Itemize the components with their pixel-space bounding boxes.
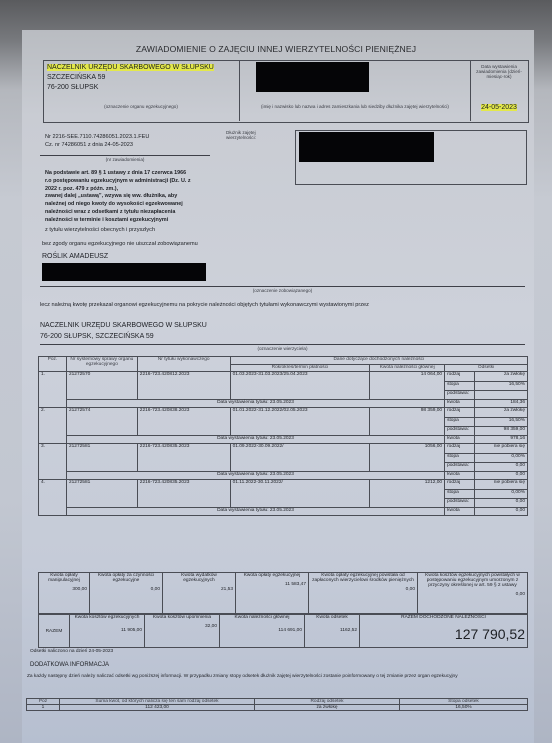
claim-row: 2.21272574 2216-723.420838.202301.01.202… xyxy=(39,408,528,418)
date-value: 24-05-2023 xyxy=(481,104,517,111)
legal-text-line: zwanej dalej „ustawą”, wzywa się ww. dłu… xyxy=(45,193,191,201)
ref-cz-number: Cz. nr 74286051 z dnia 24-05-2023 xyxy=(45,141,149,149)
col-system-no: Nr systemowy sprawy organu egzekucyjnego xyxy=(66,357,137,372)
col-principal: Kwota należności głównej xyxy=(370,365,445,372)
total-interest: Kwota odsetek1162,52 xyxy=(305,615,360,648)
redacted-debtor-address xyxy=(299,132,434,162)
without-consent: bez zgody organu egzekucyjnego nie uiszc… xyxy=(42,241,198,247)
legal-text-line: r.o postępowaniu egzekucyjnym w administ… xyxy=(45,178,191,186)
date-label: Data wystawienia zawiadomienia (dzień-mi… xyxy=(474,64,524,79)
creditor-block: NACZELNIK URZĘDU SKARBOWEGO W SŁUPSKU 76… xyxy=(40,320,207,342)
additional-table: PozSuma kwot, od których nalicza się ten… xyxy=(26,698,528,711)
legal-text: Na podstawie art. 89 § 1 ustawy z dnia 1… xyxy=(45,170,191,225)
legal-text-line: Na podstawie art. 89 § 1 ustawy z dnia 1… xyxy=(45,170,191,178)
fee-cell: Kwota opłaty manipulacyjnej 300,00 xyxy=(39,573,90,614)
additional-heading: DODATKOWA INFORMACJA xyxy=(30,662,109,668)
fees-table: Kwota opłaty manipulacyjnej 300,00 Kwota… xyxy=(38,572,528,614)
claim-row: 4.21272581 2216-723.420835.202301.11.202… xyxy=(39,480,528,490)
total-costs: Kwota kosztów egzekucyjnych11 905,00 xyxy=(70,615,145,648)
grand-total: RAZEM DOCHODZONE NALEŻNOŚCI127 790,52 xyxy=(360,615,528,648)
col-title-no: Nr tytułu wykonawczego xyxy=(137,357,230,372)
creditor-caption: (oznaczenie wierzyciela) xyxy=(40,346,525,351)
col-interest: Odsetki xyxy=(445,365,528,372)
fee-cell: Kwota opłaty egzekucyjnej powstała od za… xyxy=(309,573,418,614)
creditor-name: NACZELNIK URZĘDU SKARBOWEGO W SŁUPSKU xyxy=(40,320,207,331)
ref-caption: (nr zawiadomienia) xyxy=(40,157,210,162)
fee-cell: Kwota opłaty za czynności egzekucyjne 0,… xyxy=(90,573,163,614)
document-title: ZAWIADOMIENIE O ZAJĘCIU INNEJ WIERZYTELN… xyxy=(0,44,552,54)
fee-cell: Kwota opłaty egzekucyjnej 11 583,47 xyxy=(236,573,309,614)
organ-name: NACZELNIK URZĘDU SKARBOWEGO W SŁUPSKU xyxy=(47,64,214,71)
col-period: Rok/okres/termin płatności xyxy=(230,365,370,372)
issue-date: Data wystawienia tytułu: 23.05.2023 xyxy=(66,436,444,444)
organ-city: 76-200 SŁUPSK xyxy=(47,83,214,93)
legal-text-line: należności wraz z odsetkami z tytułu nie… xyxy=(45,209,191,217)
fee-cell: Kwota wydatków egzekucyjnych 21,53 xyxy=(163,573,236,614)
total-principal: Kwota należności głównej114 691,00 xyxy=(220,615,305,648)
ref-number: Nr 2216-SEE.7110.74286051.2023.1.FEU xyxy=(45,133,149,141)
from-title: z tytułu wierzytelności obecnych i przys… xyxy=(45,227,155,233)
organ-caption: (oznaczenie organu egzekucyjnego) xyxy=(45,104,237,109)
debtor-caption: (imię i nazwisko lub nazwa i adres zamie… xyxy=(244,104,466,109)
redacted-debtor xyxy=(256,62,369,92)
organ-block: NACZELNIK URZĘDU SKARBOWEGO W SŁUPSKU SZ… xyxy=(47,63,214,93)
debtor-label: Dłużnik zajętej wierzytelności: xyxy=(226,130,266,140)
organ-street: SZCZECIŃSKA 59 xyxy=(47,73,214,83)
razem-label: RAZEM xyxy=(39,615,70,648)
fee-cell: Kwota kosztów egzekucyjnych powstałych w… xyxy=(418,573,528,614)
creditor-address: 76-200 SŁUPSK, SZCZECIŃSKA 59 xyxy=(40,331,207,342)
transfer-text: lecz należną kwotę przekazał organowi eg… xyxy=(40,302,369,308)
claim-row: 3.21272581 2216-723.420835.202301.09.202… xyxy=(39,444,528,454)
legal-text-line: należności w terminie i kosztami egzekuc… xyxy=(45,217,191,225)
additional-text: Za każdy następny dzień należy naliczać … xyxy=(27,674,527,680)
redacted-obligor-address xyxy=(42,263,206,281)
issue-date: Data wystawienia tytułu: 23.05.2023 xyxy=(66,508,444,516)
issue-date: Data wystawienia tytułu: 23.05.2023 xyxy=(66,472,444,480)
col-poz: Poz. xyxy=(39,357,67,372)
total-reminder: Kwota kosztów upomnienia32,00 xyxy=(145,615,220,648)
claim-row: 1.21272570 2216-723.420812.202301.03.202… xyxy=(39,372,528,382)
claims-table: Poz. Nr systemowy sprawy organu egzekucy… xyxy=(38,356,528,516)
interest-note: Odsetki naliczono na dzień 24-05-2023 xyxy=(30,649,113,654)
reference-block: Nr 2216-SEE.7110.74286051.2023.1.FEU Cz.… xyxy=(45,133,149,149)
grand-total-value: 127 790,52 xyxy=(362,626,525,642)
obligor-name: ROŚLIK AMADEUSZ xyxy=(42,253,108,260)
totals-table: RAZEM Kwota kosztów egzekucyjnych11 905,… xyxy=(38,614,528,648)
col-group: Dane dotyczące dochodzonych należności xyxy=(230,357,527,365)
issue-date: Data wystawienia tytułu: 23.05.2023 xyxy=(66,400,444,408)
legal-text-line: należnej od niego kwoty do wysokości egz… xyxy=(45,201,191,209)
legal-text-line: 2022 r. poz. 479 z późn. zm.), xyxy=(45,186,191,194)
obligor-caption: (oznaczenie zobowiązanego) xyxy=(40,288,525,293)
